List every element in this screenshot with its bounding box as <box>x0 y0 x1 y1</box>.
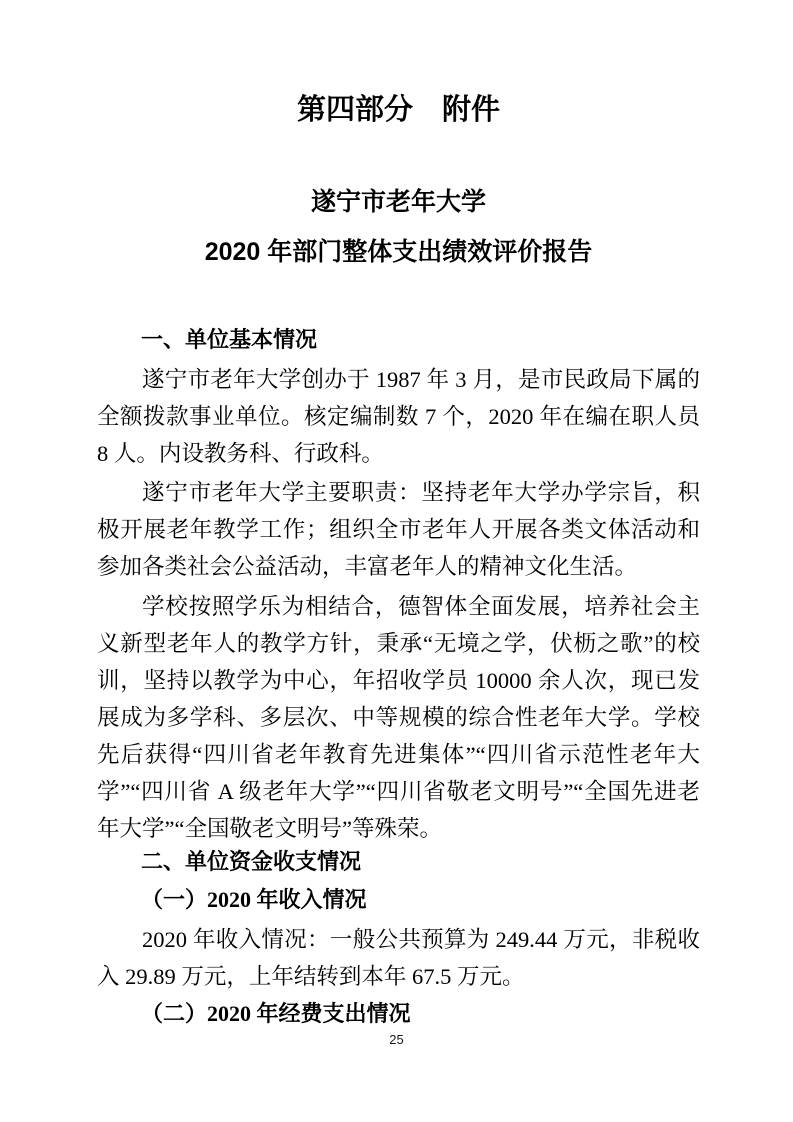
document-page: 第四部分 附件 遂宁市老年大学 2020 年部门整体支出绩效评价报告 一、单位基… <box>0 0 793 1122</box>
subsection-heading-2020-income: （一）2020 年收入情况 <box>97 885 700 915</box>
doc-title-organization: 遂宁市老年大学 <box>97 185 700 219</box>
section-heading-unit-basic-info: 一、单位基本情况 <box>97 325 700 355</box>
doc-title-report: 2020 年部门整体支出绩效评价报告 <box>97 235 700 269</box>
page-number: 25 <box>0 1032 793 1047</box>
page-content: 第四部分 附件 遂宁市老年大学 2020 年部门整体支出绩效评价报告 一、单位基… <box>0 0 793 1029</box>
paragraph-unit-duties: 遂宁市老年大学主要职责：坚持老年大学办学宗旨，积极开展老年教学工作；组织全市老年… <box>97 474 700 585</box>
paragraph-school-achievements: 学校按照学乐为相结合，德智体全面发展，培养社会主义新型老年人的教学方针，秉承“无… <box>97 588 700 847</box>
part-title: 第四部分 附件 <box>97 90 700 130</box>
paragraph-unit-overview: 遂宁市老年大学创办于 1987 年 3 月，是市民政局下属的全额拨款事业单位。核… <box>97 361 700 472</box>
subsection-heading-2020-expenditure: （二）2020 年经费支出情况 <box>97 999 700 1029</box>
paragraph-2020-income-detail: 2020 年收入情况：一般公共预算为 249.44 万元，非税收入 29.89 … <box>97 921 700 995</box>
section-heading-funds: 二、单位资金收支情况 <box>97 847 700 877</box>
